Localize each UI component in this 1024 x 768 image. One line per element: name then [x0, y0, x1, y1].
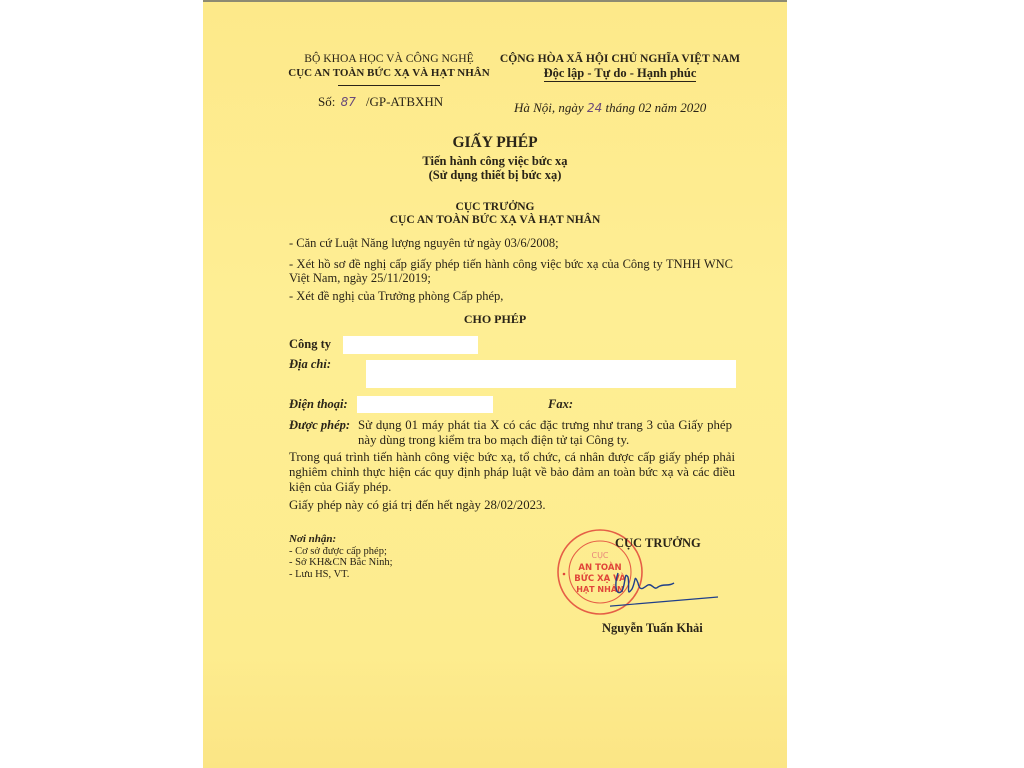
document-subtitle-2: (Sử dụng thiết bị bức xạ): [203, 168, 787, 183]
basis-item: - Xét hồ sơ đề nghị cấp giấy phép tiến h…: [289, 257, 733, 285]
number-suffix: /GP-ATBXHN: [366, 94, 443, 109]
recipient-item: - Sở KH&CN Bắc Ninh;: [289, 557, 393, 569]
issuing-authority-block: BỘ KHOA HỌC VÀ CÔNG NGHỆ CỤC AN TOÀN BỨC…: [284, 52, 494, 80]
recipient-item: - Cơ sở được cấp phép;: [289, 546, 393, 558]
recipients-block: Nơi nhận: - Cơ sở được cấp phép; - Sở KH…: [289, 534, 393, 580]
company-redacted: [343, 336, 478, 354]
phone-redacted: [357, 396, 493, 413]
svg-text:CỤC: CỤC: [591, 551, 608, 560]
number-prefix: Số:: [318, 94, 335, 109]
issuer-title: CỤC TRƯỞNG: [203, 201, 787, 213]
validity-clause: Giấy phép này có giá trị đến hết ngày 28…: [289, 498, 546, 513]
ministry-name: BỘ KHOA HỌC VÀ CÔNG NGHỆ: [284, 52, 494, 66]
obligation-clause: Trong quá trình tiến hành công việc bức …: [289, 450, 735, 495]
company-label: Công ty: [289, 337, 331, 352]
permitted-scope: Sử dụng 01 máy phát tia X có các đặc trư…: [358, 418, 732, 448]
address-redacted: [366, 360, 736, 388]
recipients-heading: Nơi nhận:: [289, 534, 393, 546]
date-prefix: Hà Nội, ngày: [514, 100, 584, 115]
document-number: Số: 87/GP-ATBXHN: [318, 94, 443, 110]
document-subtitle: Tiến hành công việc bức xạ: [203, 154, 787, 169]
national-motto: Độc lập - Tự do - Hạnh phúc: [544, 66, 697, 82]
permitted-label: Được phép:: [289, 418, 350, 433]
signature-icon: [610, 563, 720, 613]
date-suffix: tháng 02 năm 2020: [605, 100, 706, 115]
signer-name: Nguyễn Tuấn Khải: [602, 621, 703, 636]
address-label: Địa chỉ:: [289, 357, 331, 372]
issuer-agency: CỤC AN TOÀN BỨC XẠ VÀ HẠT NHÂN: [203, 214, 787, 226]
fax-label: Fax:: [548, 397, 573, 412]
phone-label: Điện thoại:: [289, 397, 348, 412]
document-title: GIẤY PHÉP: [203, 134, 787, 152]
signer-title: CỤC TRƯỞNG: [615, 536, 701, 551]
basis-item: - Xét đề nghị của Trưởng phòng Cấp phép,: [289, 289, 733, 303]
issue-date: Hà Nội, ngày 24 tháng 02 năm 2020: [514, 100, 706, 116]
recipient-item: - Lưu HS, VT.: [289, 569, 393, 581]
header-divider: [338, 85, 440, 86]
republic-name: CỘNG HÒA XÃ HỘI CHỦ NGHĨA VIỆT NAM: [494, 52, 746, 66]
permit-heading: CHO PHÉP: [203, 312, 787, 327]
basis-item: - Căn cứ Luật Năng lượng nguyên tử ngày …: [289, 236, 733, 250]
number-value: 87: [341, 95, 356, 109]
date-day: 24: [587, 101, 602, 115]
national-header-block: CỘNG HÒA XÃ HỘI CHỦ NGHĨA VIỆT NAM Độc l…: [494, 52, 746, 82]
agency-name: CỤC AN TOÀN BỨC XẠ VÀ HẠT NHÂN: [284, 66, 494, 80]
